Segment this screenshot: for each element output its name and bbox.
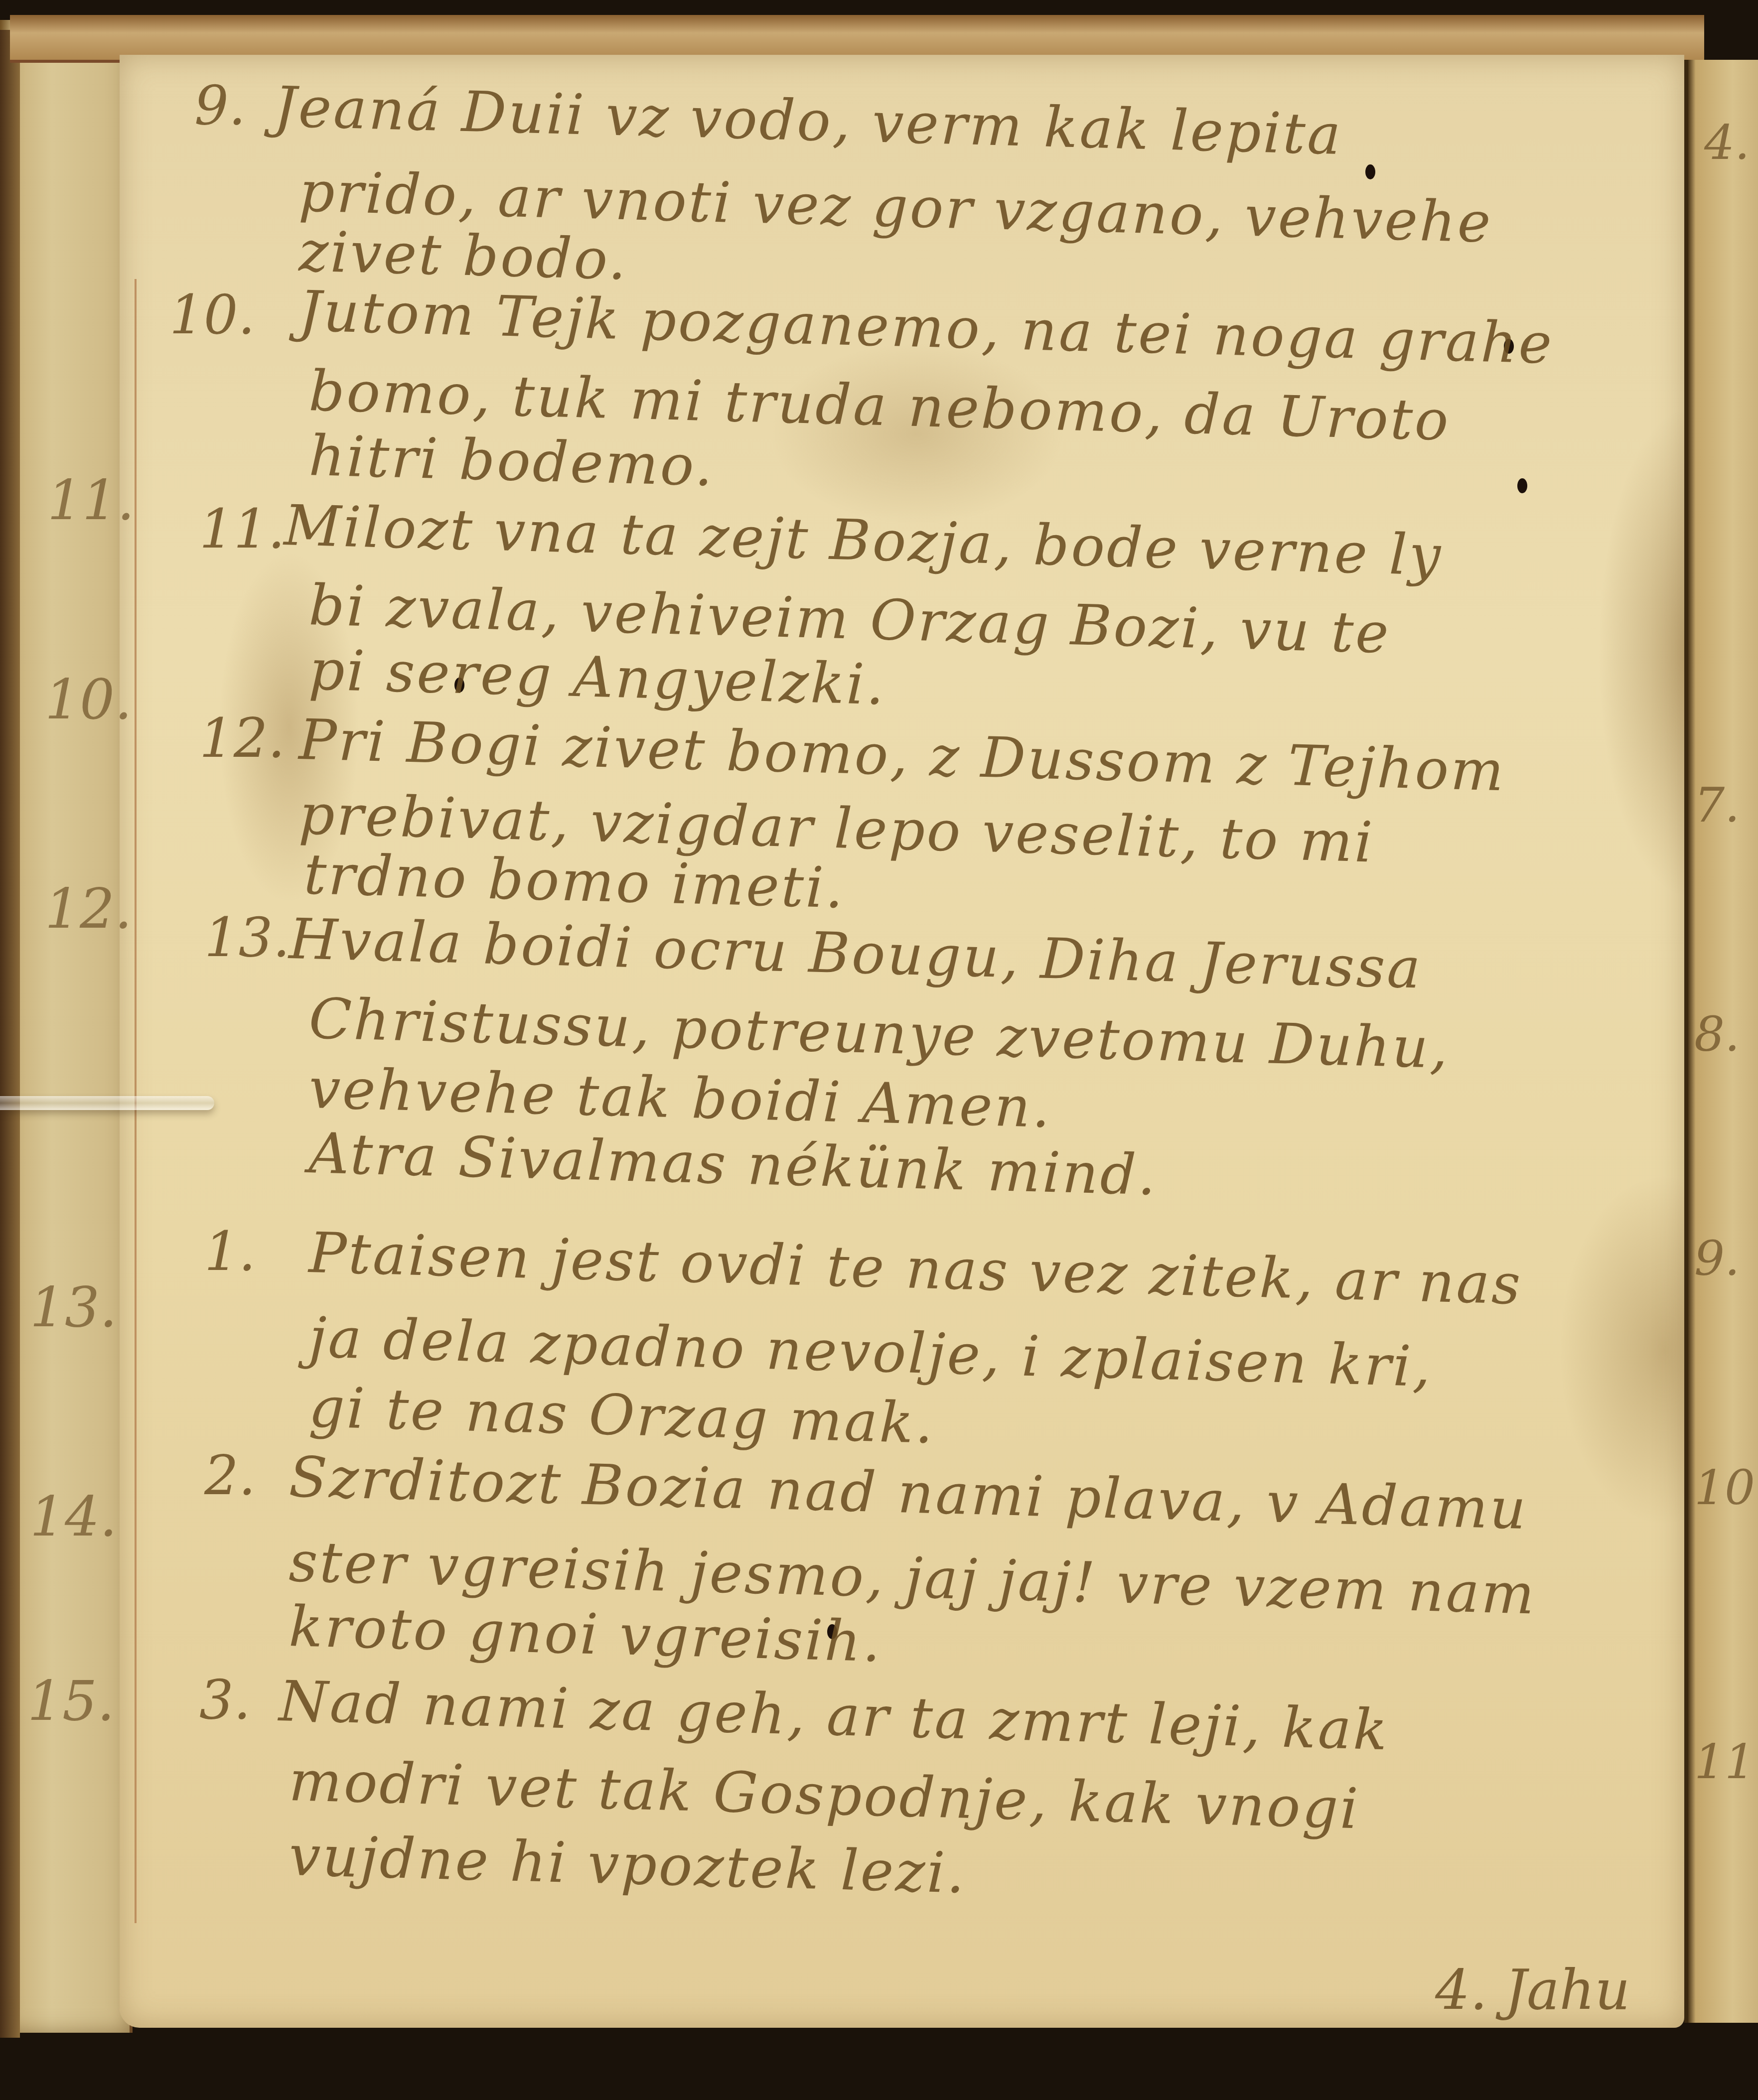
right-edge-number: 10. [1694,1460,1758,1516]
margin-number: 10. [45,668,132,731]
margin-number: 14. [30,1485,117,1548]
verse-number: 13. [204,907,290,969]
glass-page-holder [0,1096,214,1110]
verse-line: hitri bodemo. [308,423,715,499]
catchword: 4. Jahu [1435,1958,1630,2022]
manuscript-spread: 11. 10. 12. 13. 14. 15. 4. 7. 8. 9. 10. … [0,0,1758,2100]
verse-number: 10. [169,284,255,346]
right-edge-number: 8. [1694,1006,1740,1062]
margin-number: 13. [30,1275,117,1339]
margin-number: 11. [47,468,135,532]
right-edge-number: 11. [1694,1734,1758,1790]
margin-number: 15. [27,1669,115,1733]
verse-number: 11. [199,498,285,560]
margin-number: 12. [45,877,132,941]
verse-number: 2. [204,1445,256,1507]
book-cover-edge [0,30,20,2038]
verse-number: 12. [199,707,285,770]
right-edge-number: 4. [1704,115,1750,170]
ink-hole [1517,478,1527,493]
verse-number: 9. [194,75,246,137]
ink-hole [1365,164,1375,179]
right-edge-number: 9. [1694,1231,1740,1286]
verse-number: 1. [204,1221,256,1283]
verse-number: 3. [199,1669,251,1731]
right-edge-number: 7. [1694,777,1740,833]
